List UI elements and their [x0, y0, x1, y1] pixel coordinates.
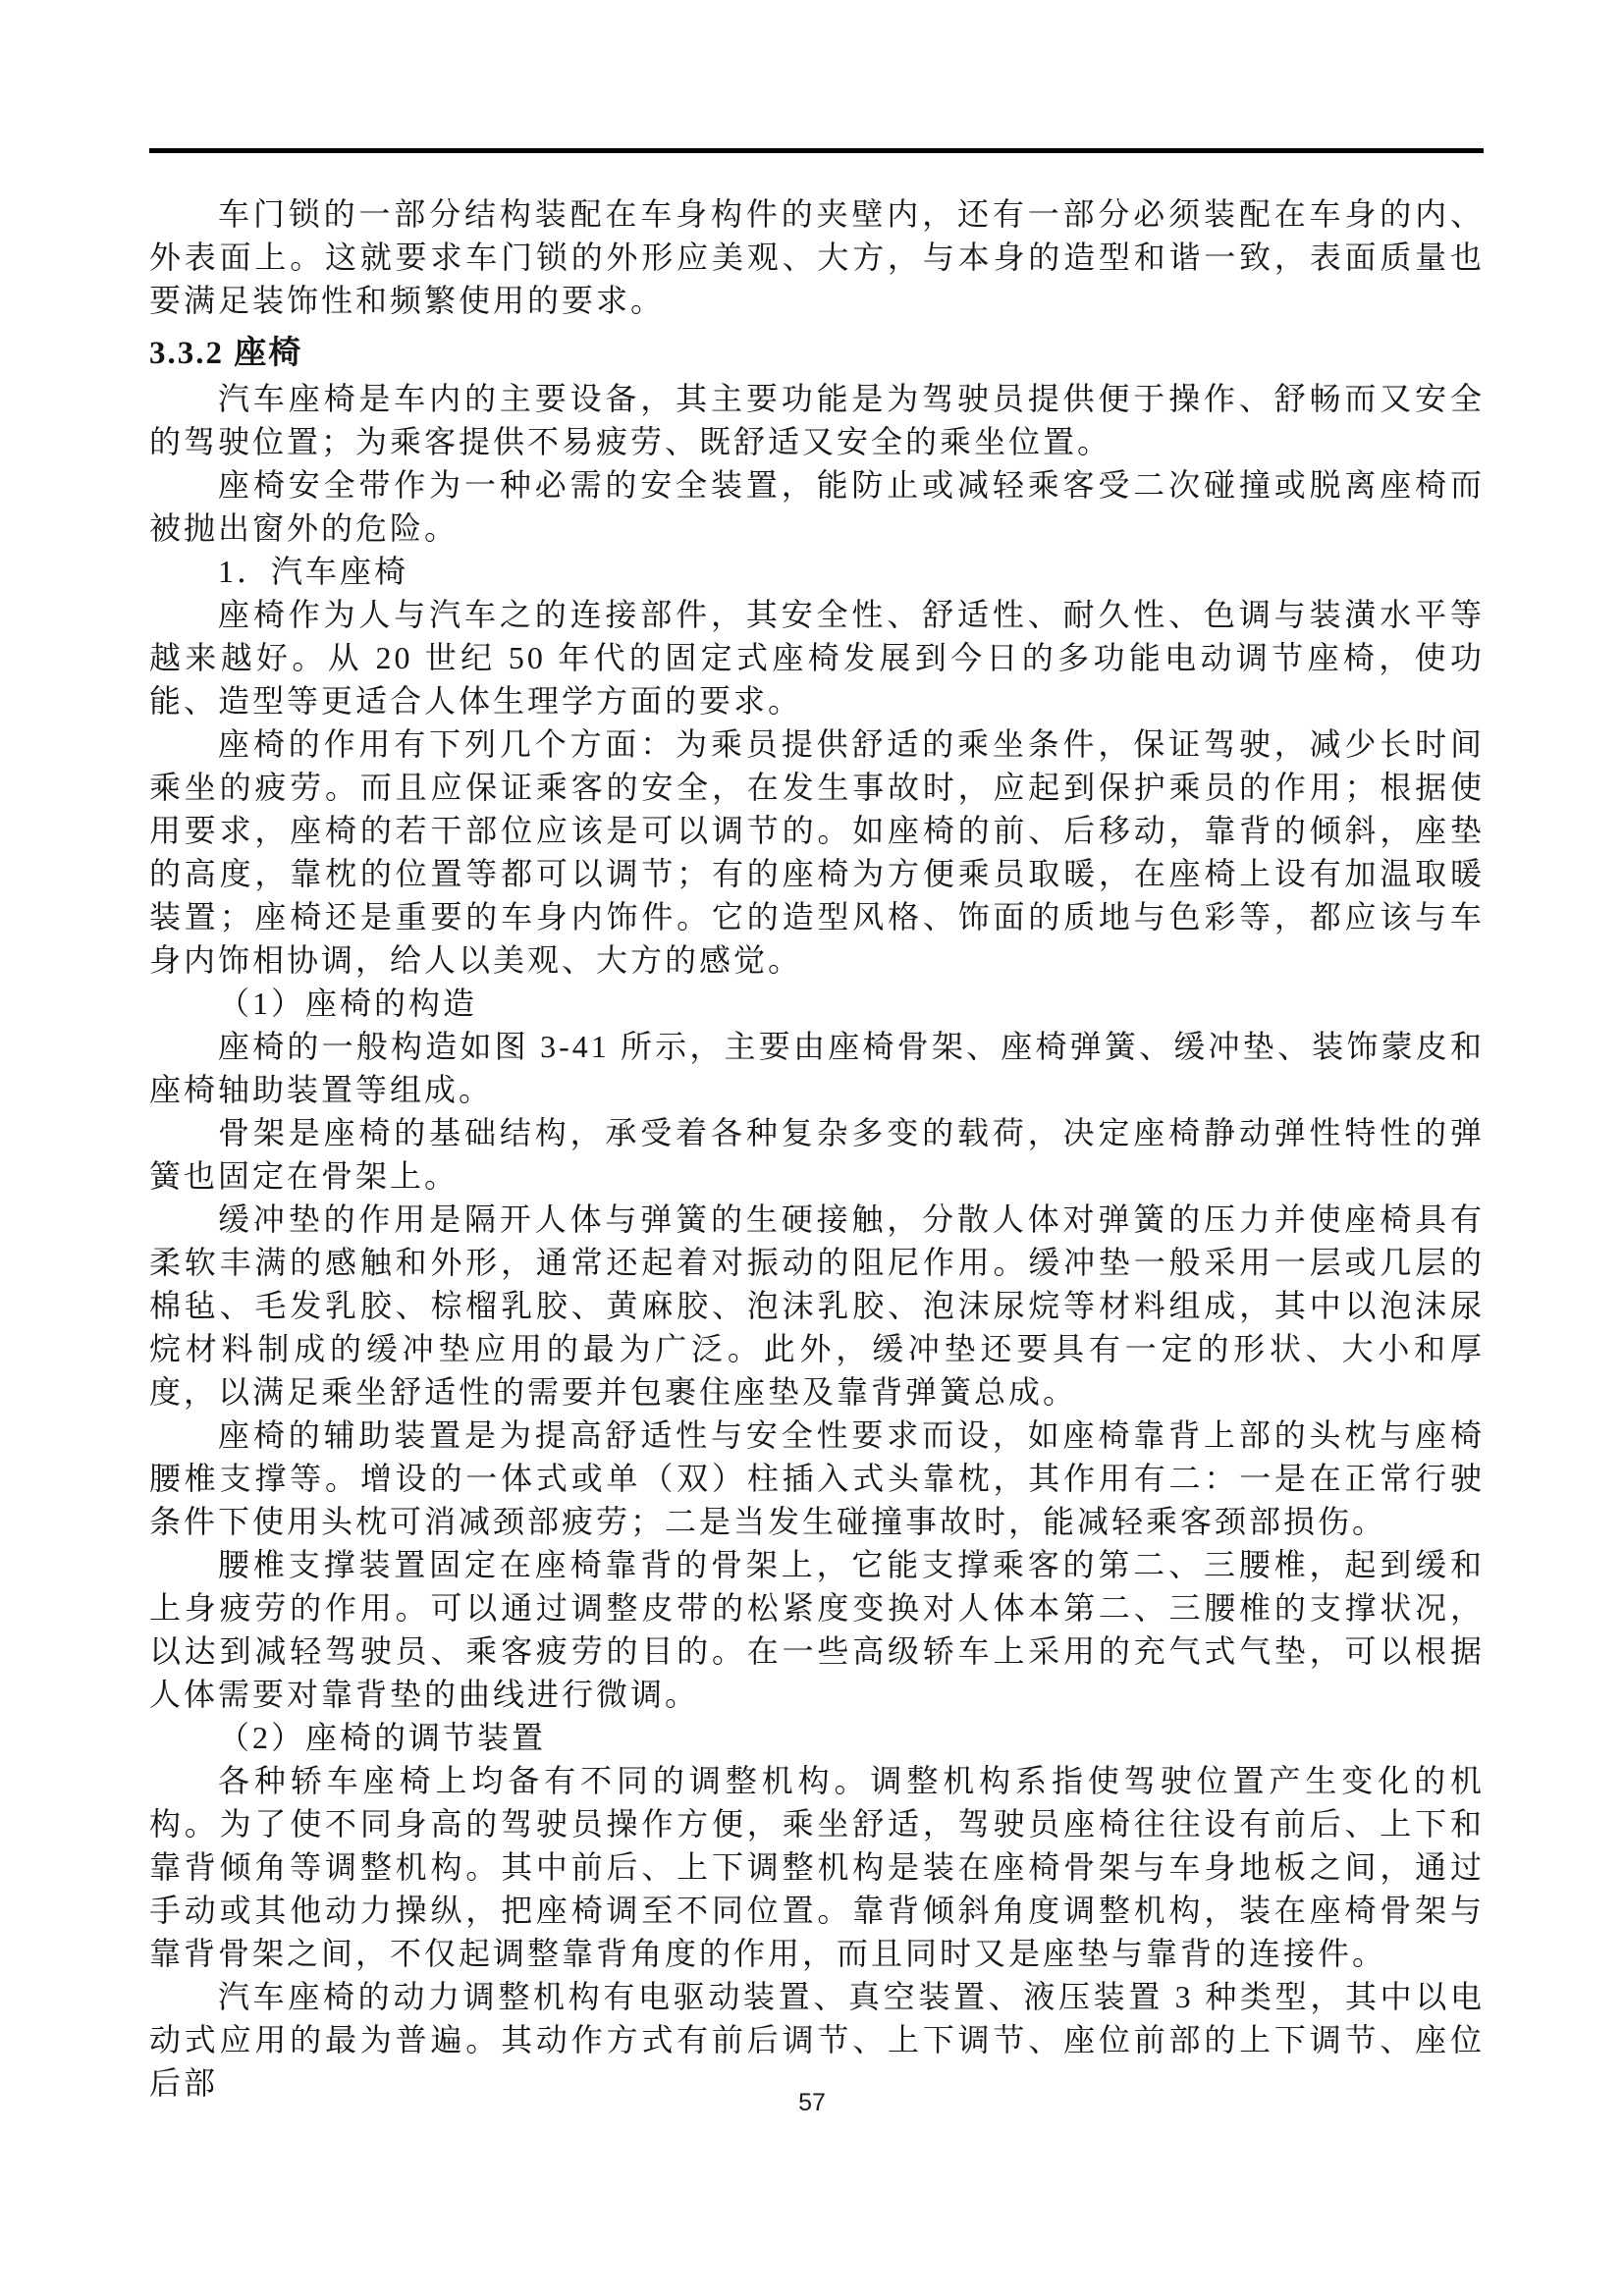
paragraph: （2）座椅的调节装置 — [149, 1716, 1485, 1759]
paragraph: 1．汽车座椅 — [149, 550, 1485, 593]
paragraph: 座椅安全带作为一种必需的安全装置，能防止或减轻乘客受二次碰撞或脱离座椅而被抛出窗… — [149, 463, 1485, 550]
document-page: 车门锁的一部分结构装配在车身构件的夹壁内，还有一部分必须装配在车身的内、外表面上… — [0, 0, 1624, 2296]
text-column: 车门锁的一部分结构装配在车身构件的夹壁内，还有一部分必须装配在车身的内、外表面上… — [149, 192, 1485, 2105]
paragraph: 座椅作为人与汽车之的连接部件，其安全性、舒适性、耐久性、色调与装潢水平等越来越好… — [149, 593, 1485, 722]
paragraph: 汽车座椅的动力调整机构有电驱动装置、真空装置、液压装置 3 种类型，其中以电动式… — [149, 1975, 1485, 2105]
paragraph: 座椅的一般构造如图 3-41 所示，主要由座椅骨架、座椅弹簧、缓冲垫、装饰蒙皮和… — [149, 1025, 1485, 1111]
paragraph: 车门锁的一部分结构装配在车身构件的夹壁内，还有一部分必须装配在车身的内、外表面上… — [149, 192, 1485, 322]
page-footer: 57 — [0, 2089, 1624, 2117]
paragraph: 座椅的辅助装置是为提高舒适性与安全性要求而设，如座椅靠背上部的头枕与座椅腰椎支撑… — [149, 1414, 1485, 1543]
paragraph: 汽车座椅是车内的主要设备，其主要功能是为驾驶员提供便于操作、舒畅而又安全的驾驶位… — [149, 377, 1485, 463]
page-number: 57 — [798, 2089, 826, 2116]
paragraph: 腰椎支撑装置固定在座椅靠背的骨架上，它能支撑乘客的第二、三腰椎，起到缓和上身疲劳… — [149, 1543, 1485, 1716]
paragraph: 骨架是座椅的基础结构，承受着各种复杂多变的载荷，决定座椅静动弹性特性的弹簧也固定… — [149, 1111, 1485, 1198]
section-heading: 3.3.2 座椅 — [149, 332, 1485, 375]
header-rule — [149, 148, 1484, 153]
paragraph: 座椅的作用有下列几个方面：为乘员提供舒适的乘坐条件，保证驾驶，减少长时间乘坐的疲… — [149, 722, 1485, 982]
paragraph: 各种轿车座椅上均备有不同的调整机构。调整机构系指使驾驶位置产生变化的机构。为了使… — [149, 1759, 1485, 1975]
paragraph: 缓冲垫的作用是隔开人体与弹簧的生硬接触，分散人体对弹簧的压力并使座椅具有柔软丰满… — [149, 1198, 1485, 1414]
paragraph: （1）座椅的构造 — [149, 982, 1485, 1025]
